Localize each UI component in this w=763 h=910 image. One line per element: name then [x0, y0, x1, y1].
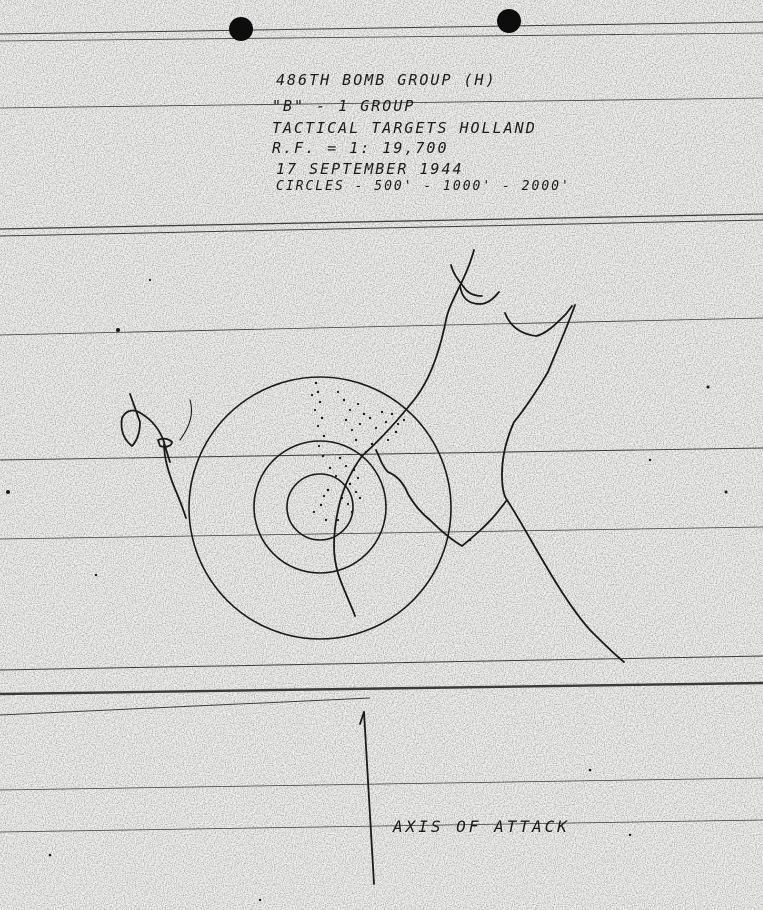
- punch-hole-right: [497, 9, 521, 33]
- header-scale: R.F. = 1: 19,700: [272, 139, 449, 157]
- header-target: TACTICAL TARGETS HOLLAND: [272, 119, 537, 137]
- bomb-plot-drawing: 486TH BOMB GROUP (H) "B" - 1 GROUP TACTI…: [0, 0, 763, 910]
- header-circles: CIRCLES - 500' - 1000' - 2000': [276, 179, 571, 194]
- header-group: "B" - 1 GROUP: [272, 97, 415, 115]
- punch-hole-left: [229, 17, 253, 41]
- bomb-plot-document: 486TH BOMB GROUP (H) "B" - 1 GROUP TACTI…: [0, 0, 763, 910]
- axis-of-attack-label: AXIS OF ATTACK: [392, 817, 570, 836]
- header-date: 17 SEPTEMBER 1944: [276, 160, 464, 178]
- header-unit: 486TH BOMB GROUP (H): [276, 71, 497, 89]
